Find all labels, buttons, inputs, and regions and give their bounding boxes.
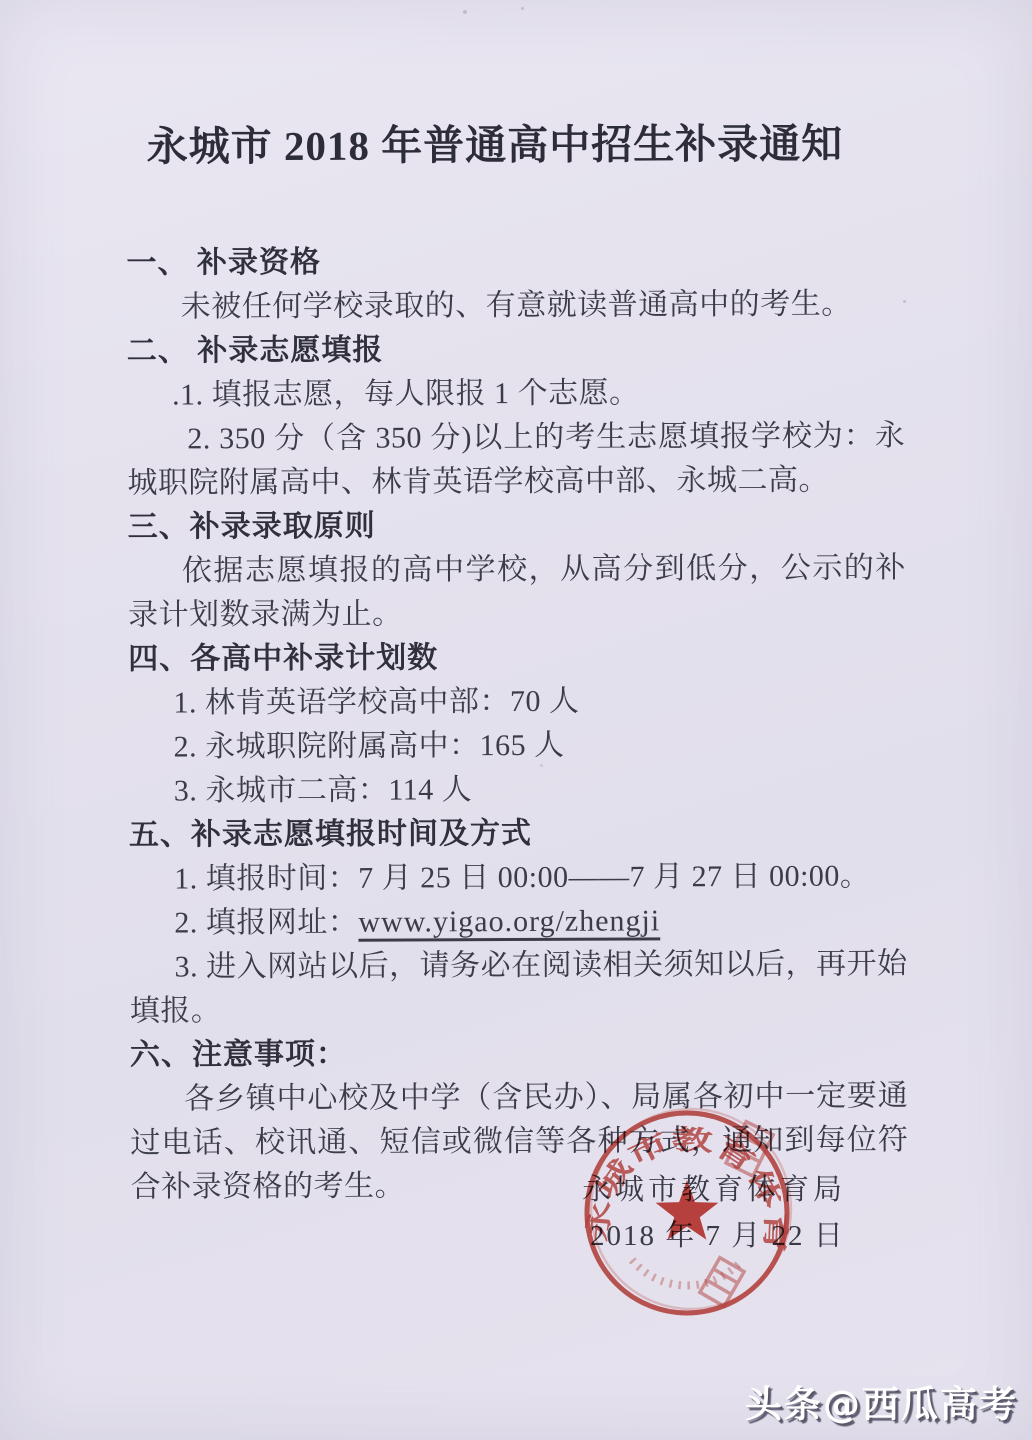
section-4-heading: 四、各高中补录计划数	[128, 634, 906, 681]
section-5-item-3: 3. 进入网站以后，请务必在阅读相关须知以后，再开始填报。	[129, 942, 907, 1033]
section-5-item-1: 1. 填报时间：7 月 25 日 00:00——7 月 27 日 00:00。	[129, 854, 907, 901]
section-5-item-2: 2. 填报网址：www.yigao.org/zhengji	[129, 898, 907, 945]
section-1-heading: 一、 补录资格	[126, 238, 904, 285]
section-6-heading: 六、注意事项：	[130, 1030, 908, 1077]
section-1-paragraph: 未被任何学校录取的、有意就读普通高中的考生。	[127, 282, 905, 329]
website-url: www.yigao.org/zhengji	[358, 904, 660, 938]
section-5-heading: 五、补录志愿填报时间及方式	[129, 810, 907, 857]
scan-speckle	[521, 7, 524, 10]
scan-speckle	[540, 764, 543, 767]
section-3-heading: 三、补录录取原则	[128, 502, 906, 549]
section-3-paragraph: 依据志愿填报的高中学校，从高分到低分，公示的补录计划数录满为止。	[128, 546, 906, 637]
scan-speckle	[903, 300, 906, 303]
section-2-item-2: 2. 350 分（含 350 分)以上的考生志愿填报学校为：永城职院附属高中、林…	[127, 414, 905, 505]
section-4-item-3: 3. 永城市二高：114 人	[129, 766, 907, 813]
official-seal: 永城市教育体育局	[570, 1096, 804, 1330]
scan-speckle	[463, 10, 467, 14]
document-body: 一、 补录资格 未被任何学校录取的、有意就读普通高中的考生。 二、 补录志愿填报…	[126, 238, 908, 1209]
section-2-heading: 二、 补录志愿填报	[127, 326, 905, 373]
section-4-item-1: 1. 林肯英语学校高中部：70 人	[128, 678, 906, 725]
seal-star-icon	[656, 1180, 719, 1240]
website-label: 2. 填报网址：	[174, 906, 358, 940]
toutiao-watermark: 头条@西瓜高考	[745, 1374, 1018, 1428]
scanned-document-page: 永城市 2018 年普通高中招生补录通知 一、 补录资格 未被任何学校录取的、有…	[0, 0, 1032, 1440]
document-content: 永城市 2018 年普通高中招生补录通知 一、 补录资格 未被任何学校录取的、有…	[125, 0, 908, 1210]
scan-speckle	[643, 933, 646, 936]
document-title: 永城市 2018 年普通高中招生补录通知	[86, 118, 904, 172]
section-4-item-2: 2. 永城职院附属高中：165 人	[129, 722, 907, 769]
seal-microtext-arc	[632, 1260, 742, 1286]
section-2-item-1: .1. 填报志愿，每人限报 1 个志愿。	[127, 370, 905, 417]
